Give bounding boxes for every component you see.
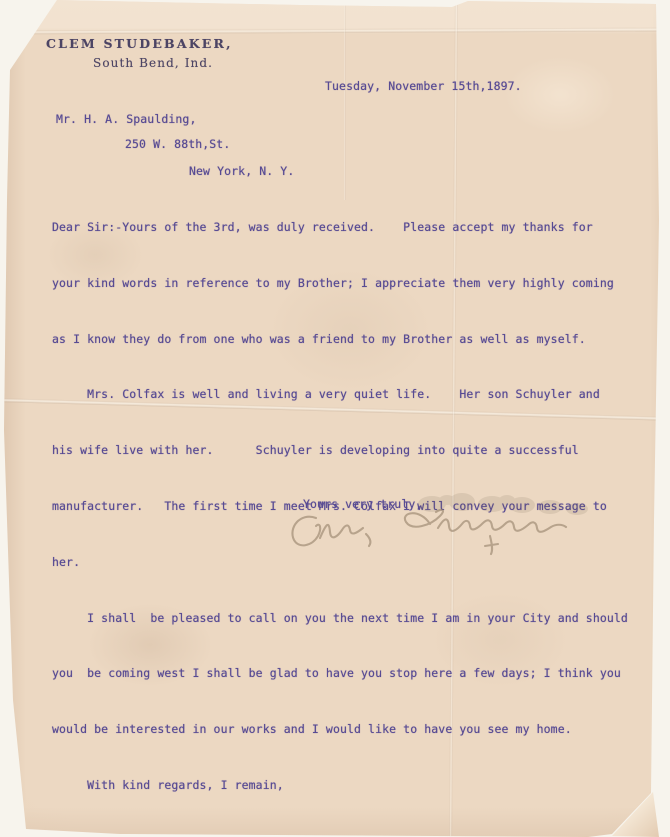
letterhead-location: South Bend, Ind. <box>93 56 213 70</box>
fold-crease-vertical-upper <box>344 0 346 200</box>
letter-line: his wife live with her. Schuyler is deve… <box>52 437 652 465</box>
letter-line: Mrs. Colfax is well and living a very qu… <box>52 381 652 409</box>
recipient-street: 250 W. 88th,St. <box>125 137 230 151</box>
fold-crease-top <box>0 28 670 35</box>
letter-line: Dear Sir:-Yours of the 3rd, was duly rec… <box>52 214 652 242</box>
date-line: Tuesday, November 15th,1897. <box>325 79 522 93</box>
letter-line: you be coming west I shall be glad to ha… <box>52 660 652 688</box>
letterhead-name: CLEM STUDEBAKER, <box>46 36 233 51</box>
recipient-name: Mr. H. A. Spaulding, <box>56 112 196 126</box>
letter-line: I shall be pleased to call on you the ne… <box>52 605 652 633</box>
recipient-city: New York, N. Y. <box>189 164 294 178</box>
letter-page: CLEM STUDEBAKER, South Bend, Ind. Tuesda… <box>0 0 670 837</box>
letter-line: With kind regards, I remain, <box>52 772 652 800</box>
valediction: Yours very truly, <box>303 497 422 511</box>
letter-line: would be interested in our works and I w… <box>52 716 652 744</box>
letter-line: your kind words in reference to my Broth… <box>52 270 652 298</box>
letter-line: as I know they do from one who was a fri… <box>52 326 652 354</box>
scan-background: CLEM STUDEBAKER, South Bend, Ind. Tuesda… <box>0 0 670 837</box>
